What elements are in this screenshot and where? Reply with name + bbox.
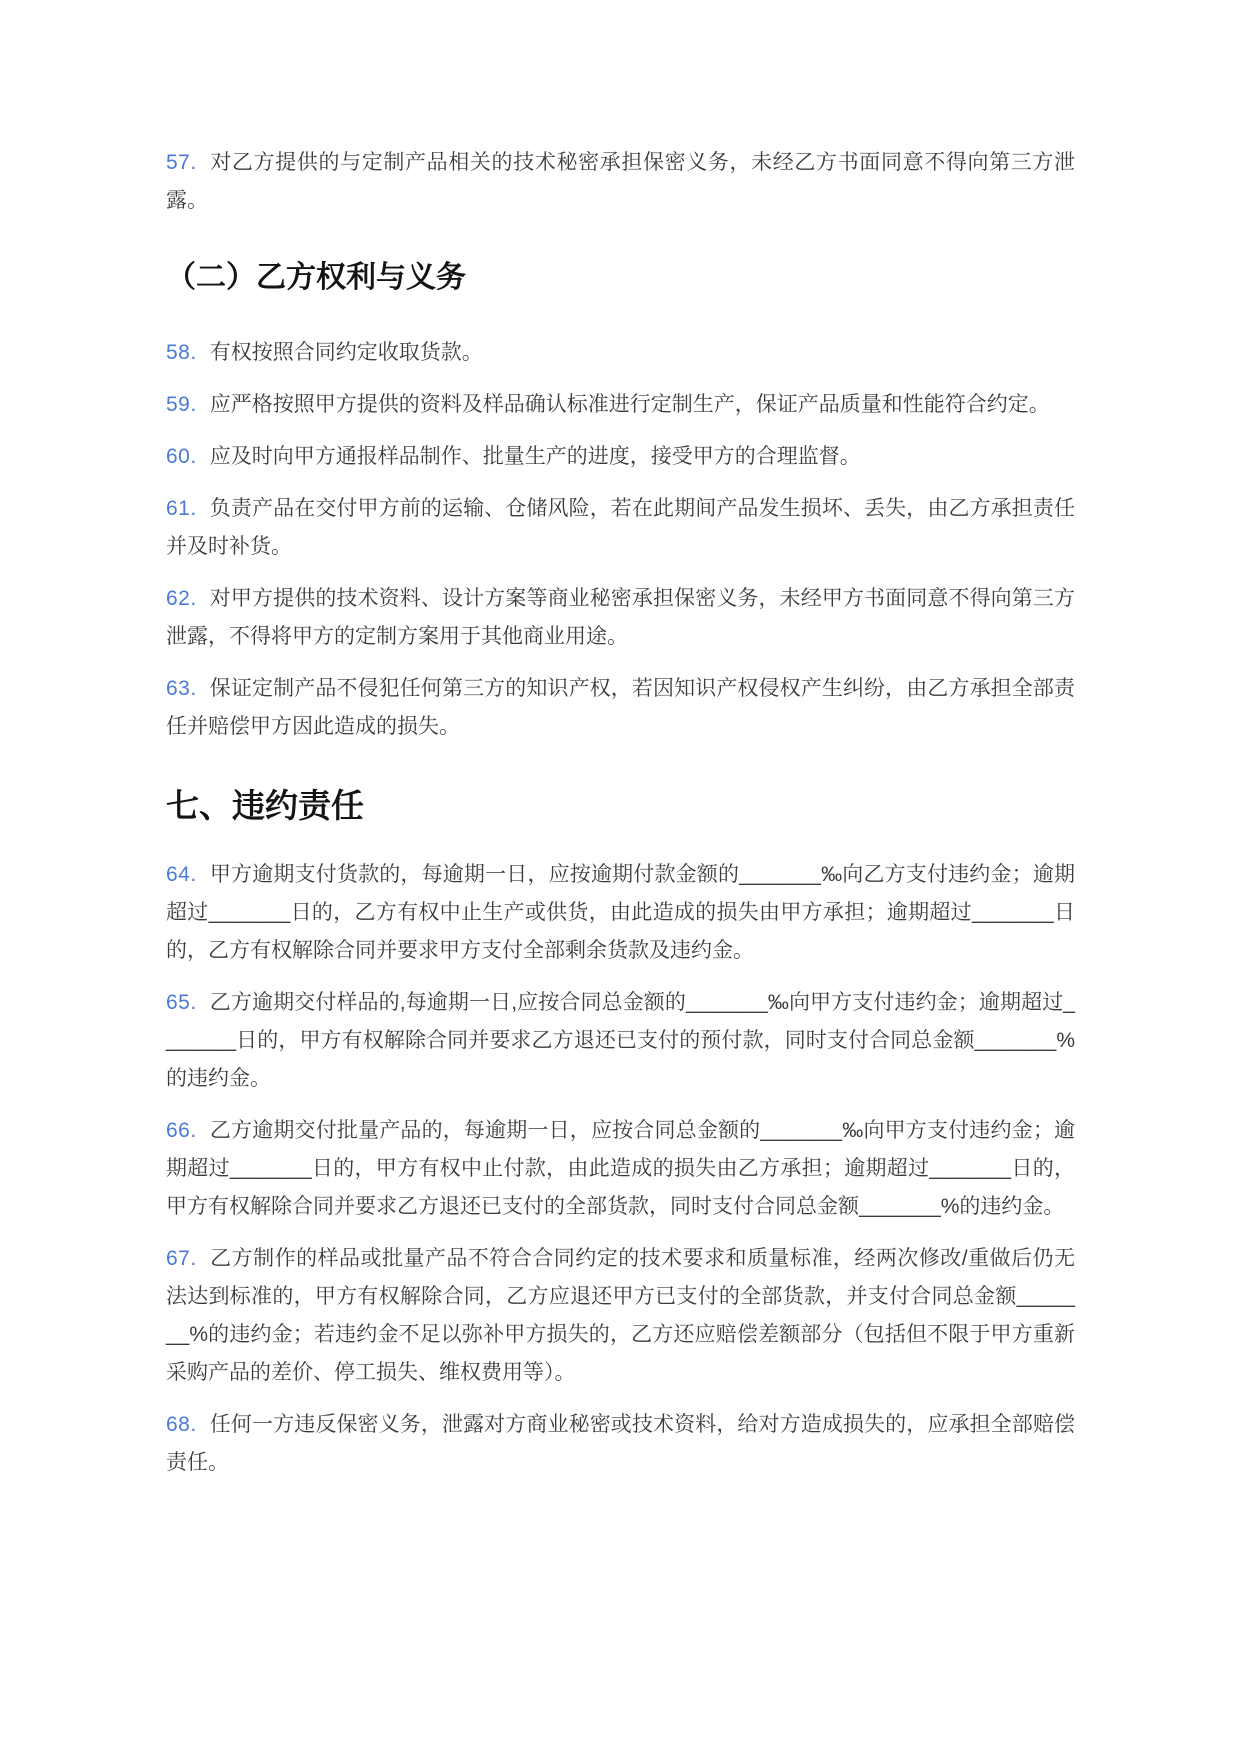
clause-63-number: 63. bbox=[166, 677, 197, 700]
clause-61-text: 负责产品在交付甲方前的运输、仓储风险，若在此期间产品发生损坏、丢失，由乙方承担责… bbox=[166, 497, 1075, 558]
clause-66-text: 乙方逾期交付批量产品的，每逾期一日，应按合同总金额的_______‰向甲方支付违… bbox=[166, 1119, 1075, 1218]
clause-64-text: 甲方逾期支付货款的，每逾期一日，应按逾期付款金额的_______‰向乙方支付违约… bbox=[166, 863, 1075, 962]
clause-57-number: 57. bbox=[166, 151, 197, 174]
clause-65: 65.乙方逾期交付样品的,每逾期一日,应按合同总金额的_______‰向甲方支付… bbox=[166, 984, 1075, 1098]
section-heading-party-b-rights-obligations: （二）乙方权利与义务 bbox=[166, 258, 1075, 298]
clause-59-text: 应严格按照甲方提供的资料及样品确认标准进行定制生产，保证产品质量和性能符合约定。 bbox=[210, 393, 1050, 416]
clause-67-text: 乙方制作的样品或批量产品不符合合同约定的技术要求和质量标准，经两次修改/重做后仍… bbox=[166, 1247, 1075, 1384]
clause-59: 59.应严格按照甲方提供的资料及样品确认标准进行定制生产，保证产品质量和性能符合… bbox=[166, 386, 1075, 424]
clause-64: 64.甲方逾期支付货款的，每逾期一日，应按逾期付款金额的_______‰向乙方支… bbox=[166, 856, 1075, 970]
clause-68-text: 任何一方违反保密义务，泄露对方商业秘密或技术资料，给对方造成损失的，应承担全部赔… bbox=[166, 1413, 1075, 1474]
clause-59-number: 59. bbox=[166, 393, 197, 416]
clause-61: 61.负责产品在交付甲方前的运输、仓储风险，若在此期间产品发生损坏、丢失，由乙方… bbox=[166, 490, 1075, 566]
document-page: 57.对乙方提供的与定制产品相关的技术秘密承担保密义务，未经乙方书面同意不得向第… bbox=[0, 0, 1241, 1754]
clause-65-text: 乙方逾期交付样品的,每逾期一日,应按合同总金额的_______‰向甲方支付违约金… bbox=[166, 991, 1075, 1090]
clause-62-number: 62. bbox=[166, 587, 197, 610]
clause-58-text: 有权按照合同约定收取货款。 bbox=[210, 341, 483, 364]
clause-63-text: 保证定制产品不侵犯任何第三方的知识产权，若因知识产权侵权产生纠纷，由乙方承担全部… bbox=[166, 677, 1075, 738]
clause-64-number: 64. bbox=[166, 863, 197, 886]
clause-57: 57.对乙方提供的与定制产品相关的技术秘密承担保密义务，未经乙方书面同意不得向第… bbox=[166, 144, 1075, 220]
clause-60: 60.应及时向甲方通报样品制作、批量生产的进度，接受甲方的合理监督。 bbox=[166, 438, 1075, 476]
clause-67-number: 67. bbox=[166, 1247, 197, 1270]
clause-62-text: 对甲方提供的技术资料、设计方案等商业秘密承担保密义务，未经甲方书面同意不得向第三… bbox=[166, 587, 1075, 648]
clause-62: 62.对甲方提供的技术资料、设计方案等商业秘密承担保密义务，未经甲方书面同意不得… bbox=[166, 580, 1075, 656]
clause-61-number: 61. bbox=[166, 497, 197, 520]
clause-58: 58.有权按照合同约定收取货款。 bbox=[166, 334, 1075, 372]
contract-body: 57.对乙方提供的与定制产品相关的技术秘密承担保密义务，未经乙方书面同意不得向第… bbox=[166, 144, 1075, 1496]
clause-68: 68.任何一方违反保密义务，泄露对方商业秘密或技术资料，给对方造成损失的，应承担… bbox=[166, 1406, 1075, 1482]
clause-60-text: 应及时向甲方通报样品制作、批量生产的进度，接受甲方的合理监督。 bbox=[210, 445, 861, 468]
clause-66: 66.乙方逾期交付批量产品的，每逾期一日，应按合同总金额的_______‰向甲方… bbox=[166, 1112, 1075, 1226]
clause-57-text: 对乙方提供的与定制产品相关的技术秘密承担保密义务，未经乙方书面同意不得向第三方泄… bbox=[166, 151, 1075, 212]
section-heading-breach-liability: 七、违约责任 bbox=[166, 784, 1075, 828]
clause-65-number: 65. bbox=[166, 991, 197, 1014]
clause-68-number: 68. bbox=[166, 1413, 197, 1436]
clause-58-number: 58. bbox=[166, 341, 197, 364]
clause-67: 67.乙方制作的样品或批量产品不符合合同约定的技术要求和质量标准，经两次修改/重… bbox=[166, 1240, 1075, 1392]
clause-60-number: 60. bbox=[166, 445, 197, 468]
clause-66-number: 66. bbox=[166, 1119, 197, 1142]
clause-63: 63.保证定制产品不侵犯任何第三方的知识产权，若因知识产权侵权产生纠纷，由乙方承… bbox=[166, 670, 1075, 746]
